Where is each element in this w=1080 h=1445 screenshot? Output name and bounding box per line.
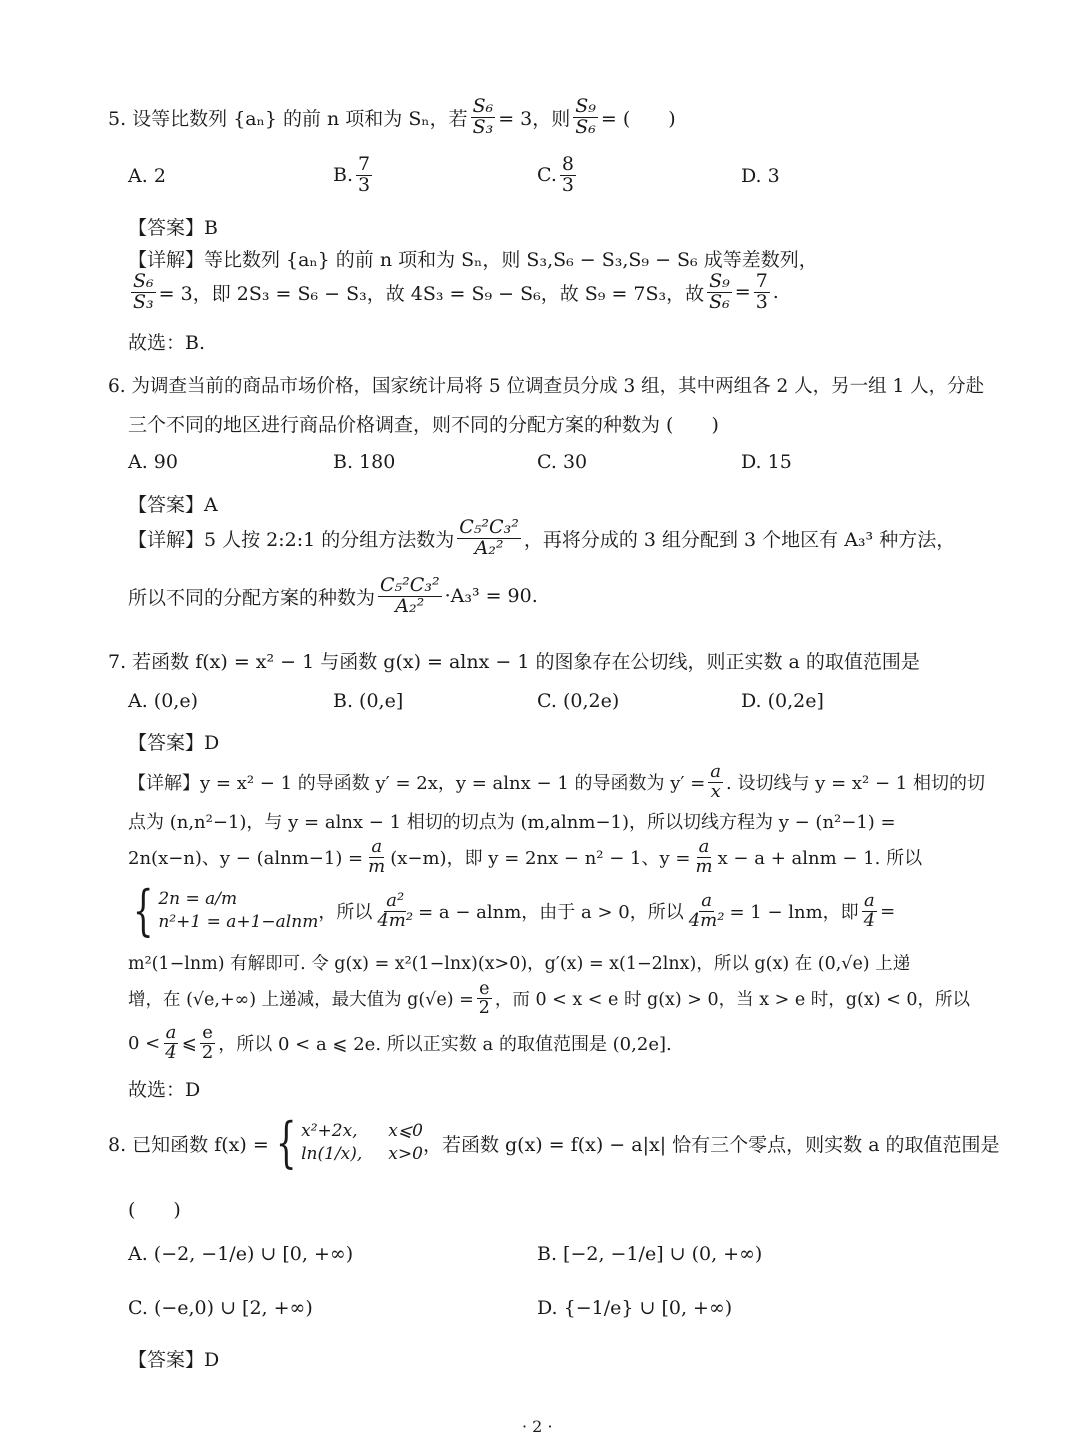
left-brace-icon: {	[133, 884, 154, 938]
q7-choose: 故选：D	[128, 1075, 200, 1102]
page-number: · 2 ·	[522, 1417, 553, 1436]
q5-stem-prefix: 5. 设等比数列 {aₙ} 的前 n 项和为 Sₙ，若	[108, 104, 468, 131]
q7-detail-line3: 2n(x−n)、y − (alnm−1) = am (x−m)，即 y = 2n…	[128, 838, 922, 877]
q6-detail-line2: 所以不同的分配方案的种数为 C₅²C₃²A₂² ·A₃³ = 90.	[128, 576, 538, 617]
q8-option-d: D. {−1/e} ∪ [0, +∞)	[537, 1297, 732, 1319]
q5-answer: 【答案】B	[128, 213, 218, 240]
q8-blank: ( )	[128, 1195, 181, 1222]
q6-option-c: C. 30	[537, 451, 587, 473]
q7-detail-line4: { 2n = a/m n²+1 = a+1−alnm ，所以 a²4m² = a…	[126, 884, 895, 938]
q6-option-b: B. 180	[333, 451, 395, 473]
q7-detail-line1: 【详解】y = x² − 1 的导函数 y′ = 2x，y = alnx − 1…	[128, 763, 985, 802]
q7-option-a: A. (0,e)	[128, 690, 198, 712]
q6-stem-line2: 三个不同的地区进行商品价格调查，则不同的分配方案的种数为 ( )	[128, 410, 719, 437]
q5-choose: 故选：B.	[128, 328, 205, 355]
q7-option-c: C. (0,2e)	[537, 690, 619, 712]
q5-option-c: C. 83	[537, 155, 579, 196]
q8-option-c: C. (−e,0) ∪ [2, +∞)	[128, 1297, 313, 1319]
q5-detail-line1: 【详解】等比数列 {aₙ} 的前 n 项和为 Sₙ，则 S₃,S₆ − S₃,S…	[128, 245, 818, 272]
q7-stem: 7. 若函数 f(x) = x² − 1 与函数 g(x) = alnx − 1…	[108, 647, 920, 674]
q8-option-a: A. (−2, −1/e) ∪ [0, +∞)	[128, 1243, 353, 1265]
q5-option-d: D. 3	[741, 165, 780, 187]
q7-option-b: B. (0,e]	[333, 690, 403, 712]
q8-answer: 【答案】D	[128, 1345, 219, 1372]
piecewise-function: { x²+2x, x⩽0 ln(1/x), x>0	[269, 1116, 423, 1170]
q5-frac-s6-s3: S₆ S₃	[471, 97, 496, 138]
q7-detail-line7: 0 < a4 ⩽ e2 ，所以 0 < a ⩽ 2e. 所以正实数 a 的取值范…	[128, 1024, 672, 1063]
q6-option-d: D. 15	[741, 451, 792, 473]
q7-detail-line6: 增，在 (√e,+∞) 上递减，最大值为 g(√e) = e2 ，而 0 < x…	[128, 980, 970, 1018]
q7-detail-line2: 点为 (n,n²−1)，与 y = alnx − 1 相切的切点为 (m,aln…	[128, 808, 896, 834]
q5-option-b: B. 73	[333, 155, 375, 196]
q5-stem-suffix: = ( )	[601, 104, 676, 131]
q7-option-d: D. (0,2e]	[741, 690, 824, 712]
q5-option-a: A. 2	[128, 165, 166, 187]
q8-stem: 8. 已知函数 f(x) = { x²+2x, x⩽0 ln(1/x), x>0…	[108, 1116, 1000, 1170]
q6-answer: 【答案】A	[128, 490, 218, 517]
q5-stem-mid: = 3，则	[498, 104, 570, 131]
q7-detail-line5: m²(1−lnm) 有解即可. 令 g(x) = x²(1−lnx)(x>0)，…	[128, 950, 910, 975]
q5-detail-line2: S₆S₃ = 3，即 2S₃ = S₆ − S₃，故 4S₃ = S₉ − S₆…	[128, 272, 779, 313]
q6-stem-line1: 6. 为调查当前的商品市场价格，国家统计局将 5 位调查员分成 3 组，其中两组…	[108, 372, 984, 398]
q8-option-b: B. [−2, −1/e] ∪ (0, +∞)	[537, 1243, 762, 1265]
q7-answer: 【答案】D	[128, 728, 219, 755]
q6-option-a: A. 90	[128, 451, 178, 473]
left-brace-icon: {	[276, 1116, 297, 1170]
q6-detail-line1: 【详解】5 人按 2:2:1 的分组方法数为 C₅²C₃²A₂² ，再将分成的 …	[128, 518, 955, 559]
q5-stem: 5. 设等比数列 {aₙ} 的前 n 项和为 Sₙ，若 S₆ S₃ = 3，则 …	[108, 97, 676, 138]
q5-frac-s9-s6: S₉ S₆	[573, 97, 598, 138]
equation-system: { 2n = a/m n²+1 = a+1−alnm	[126, 884, 318, 938]
